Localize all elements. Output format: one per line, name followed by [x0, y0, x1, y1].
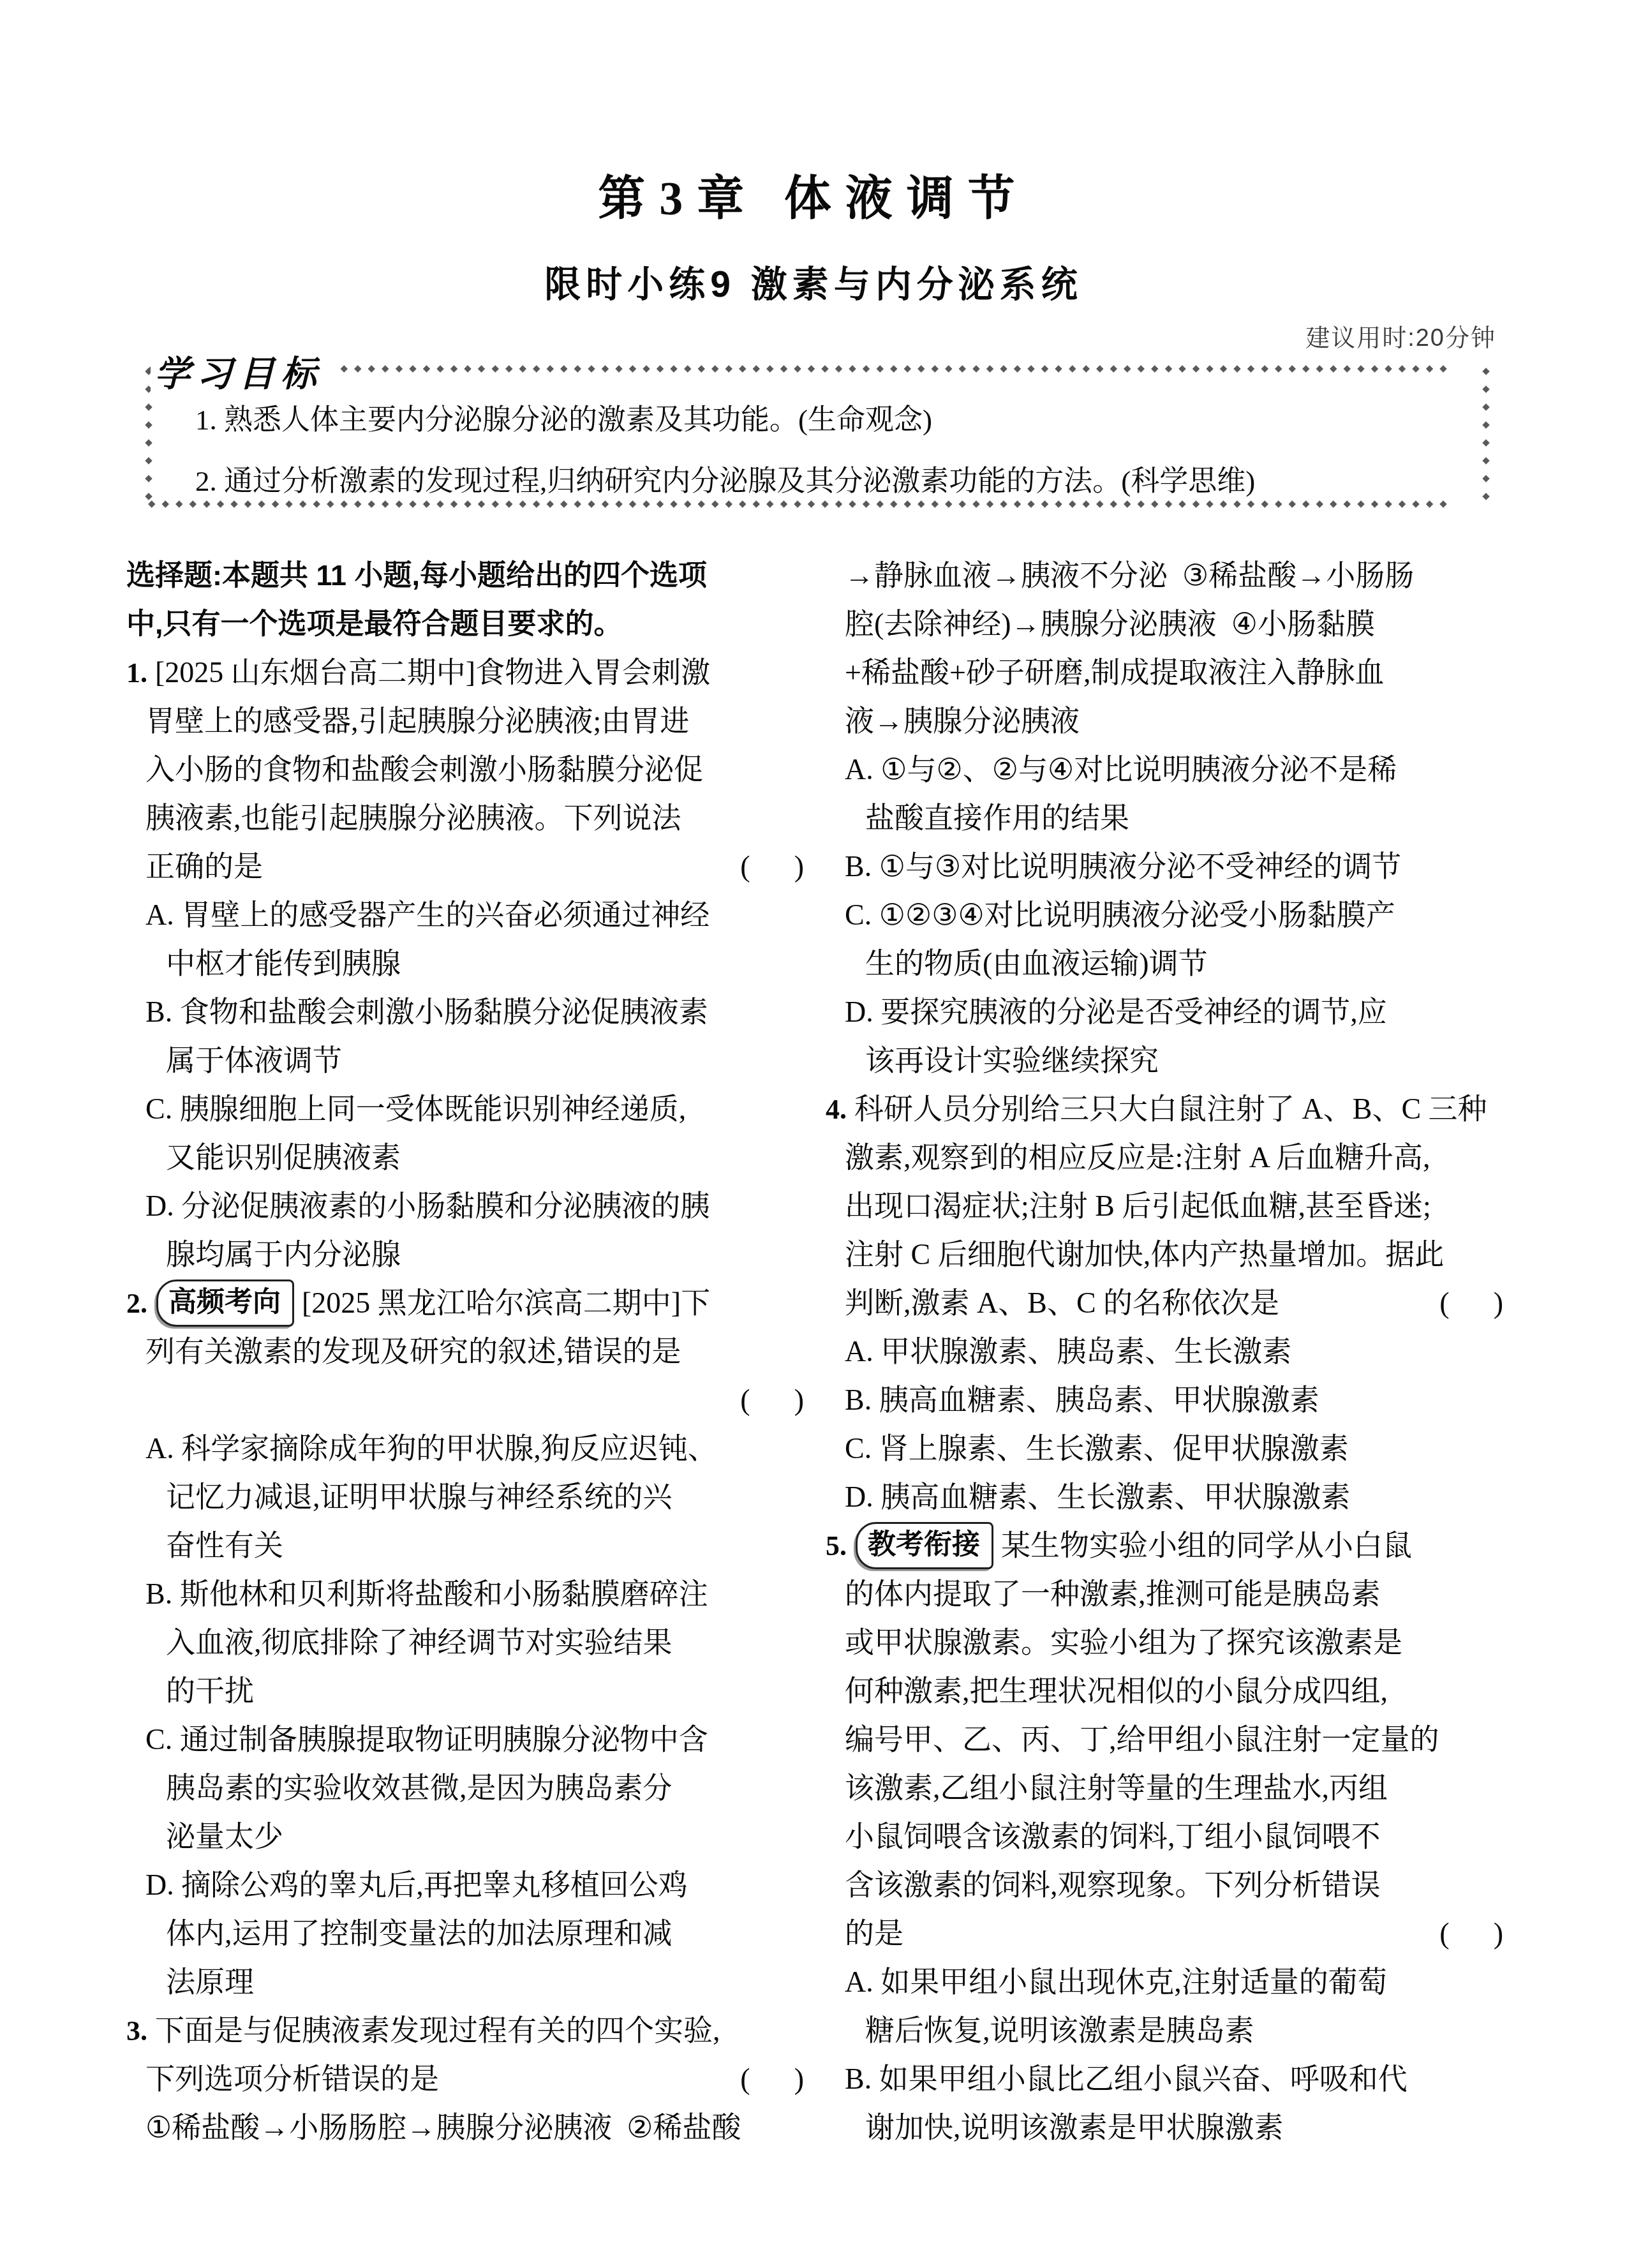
text-line: C. ①②③④对比说明胰液分泌受小肠黏膜产	[826, 891, 1503, 939]
text-line: 4. 科研人员分别给三只大白鼠注射了 A、B、C 三种	[826, 1085, 1503, 1133]
line-text: 或甲状腺激素。实验小组为了探究该激素是	[845, 1618, 1402, 1667]
text-line: ( )	[126, 1376, 804, 1424]
text-line: 激素,观察到的相应反应是:注射 A 后血糖升高,	[826, 1133, 1503, 1182]
text-line: A. ①与②、②与④对比说明胰液分泌不是稀	[826, 745, 1503, 794]
text-line: 记忆力减退,证明甲状腺与神经系统的兴	[126, 1473, 804, 1521]
line-text: D. 要探究胰液的分泌是否受神经的调节,应	[845, 988, 1387, 1036]
line-text: 中,只有一个选项是最符合题目要求的。	[126, 600, 623, 648]
line-text: A. 如果甲组小鼠出现休克,注射适量的葡萄	[845, 1958, 1387, 2006]
line-text: 科研人员分别给三只大白鼠注射了 A、B、C 三种	[854, 1085, 1487, 1133]
text-line: C. 通过制备胰腺提取物证明胰腺分泌物中含	[126, 1715, 804, 1764]
line-text: 法原理	[166, 1958, 254, 2006]
line-text: D. 摘除公鸡的睾丸后,再把睾丸移植回公鸡	[145, 1861, 688, 1909]
text-line: 液→胰腺分泌胰液	[826, 697, 1503, 745]
text-line: C. 胰腺细胞上同一受体既能识别神经递质,	[126, 1085, 804, 1133]
line-text: 的干扰	[166, 1667, 254, 1715]
line-text: B. 如果甲组小鼠比乙组小鼠兴奋、呼吸和代	[845, 2055, 1408, 2103]
diamond-border-right-icon: ◆◆◆◆◆◆◆◆◆◆◆◆◆◆	[1479, 365, 1492, 508]
right-column: →静脉血液→胰液不分泌 ③稀盐酸→小肠肠 腔(去除神经)→胰腺分泌胰液 ④小肠黏…	[826, 551, 1503, 2152]
line-text: A. 科学家摘除成年狗的甲状腺,狗反应迟钝、	[145, 1424, 717, 1473]
text-line: 3. 下面是与促胰液素发现过程有关的四个实验,	[126, 2006, 804, 2055]
line-text: 糖后恢复,说明该激素是胰岛素	[865, 2006, 1254, 2055]
objectives-box: ◆◆◆◆◆◆◆◆◆◆◆◆◆◆◆◆◆◆◆◆◆◆◆◆◆◆◆◆◆◆◆◆◆◆◆◆◆◆◆◆…	[148, 369, 1485, 504]
line-text: B. ①与③对比说明胰液分泌不受神经的调节	[845, 842, 1401, 891]
text-line: 生的物质(由血液运输)调节	[826, 939, 1503, 988]
text-line: 入血液,彻底排除了神经调节对实验结果	[126, 1618, 804, 1667]
text-line: 注射 C 后细胞代谢加快,体内产热量增加。据此	[826, 1230, 1503, 1279]
text-line: D. 要探究胰液的分泌是否受神经的调节,应	[826, 988, 1503, 1036]
line-text: 的体内提取了一种激素,推测可能是胰岛素	[845, 1570, 1381, 1618]
line-text: 又能识别促胰液素	[166, 1133, 401, 1182]
question-number: 2.	[126, 1279, 155, 1328]
text-line: 体内,运用了控制变量法的加法原理和减	[126, 1909, 804, 1958]
line-text: 该激素,乙组小鼠注射等量的生理盐水,丙组	[845, 1764, 1388, 1812]
objectives-list: 1. 熟悉人体主要内分泌腺分泌的激素及其功能。(生命观念) 2. 通过分析激素的…	[195, 389, 1462, 512]
suggested-time-hint: 建议用时:20分钟	[1305, 318, 1496, 353]
line-text: ①稀盐酸→小肠肠腔→胰腺分泌胰液 ②稀盐酸	[145, 2103, 741, 2152]
objective-item: 1. 熟悉人体主要内分泌腺分泌的激素及其功能。(生命观念)	[195, 389, 1462, 451]
question-number: 5.	[826, 1522, 854, 1570]
text-line: D. 摘除公鸡的睾丸后,再把睾丸移植回公鸡	[126, 1861, 804, 1909]
text-line: 下列选项分析错误的是 ( )	[126, 2055, 804, 2103]
text-line: B. ①与③对比说明胰液分泌不受神经的调节	[826, 842, 1503, 891]
line-text: 记忆力减退,证明甲状腺与神经系统的兴	[166, 1473, 672, 1521]
line-text: 腺均属于内分泌腺	[166, 1230, 401, 1279]
text-line: 小鼠饲喂含该激素的饲料,丁组小鼠饲喂不	[826, 1812, 1503, 1861]
text-line: 盐酸直接作用的结果	[826, 794, 1503, 842]
text-line: 何种激素,把生理状况相似的小鼠分成四组,	[826, 1667, 1503, 1715]
line-text: 出现口渴症状;注射 B 后引起低血糖,甚至昏迷;	[845, 1182, 1431, 1230]
line-text: 注射 C 后细胞代谢加快,体内产热量增加。据此	[845, 1230, 1444, 1279]
text-line: 腔(去除神经)→胰腺分泌胰液 ④小肠黏膜	[826, 600, 1503, 648]
line-text: C. 肾上腺素、生长激素、促甲状腺激素	[845, 1424, 1349, 1473]
tag-badge: 高频考向	[156, 1279, 294, 1326]
text-line: +稀盐酸+砂子研磨,制成提取液注入静脉血	[826, 648, 1503, 697]
line-text: 列有关激素的发现及研究的叙述,错误的是	[145, 1327, 681, 1376]
diamond-border-top-icon: ◆◆◆◆◆◆◆◆◆◆◆◆◆◆◆◆◆◆◆◆◆◆◆◆◆◆◆◆◆◆◆◆◆◆◆◆◆◆◆◆…	[148, 362, 1485, 375]
line-text: 胰液素,也能引起胰腺分泌胰液。下列说法	[145, 794, 681, 842]
line-text: 何种激素,把生理状况相似的小鼠分成四组,	[845, 1667, 1388, 1715]
line-text: C. 通过制备胰腺提取物证明胰腺分泌物中含	[145, 1715, 708, 1764]
chapter-title: 第3章 体液调节	[0, 161, 1627, 228]
line-text: [2025 山东烟台高二期中]食物进入胃会刺激	[155, 648, 710, 697]
text-line: 5. 教考衔接 某生物实验小组的同学从小白鼠	[826, 1521, 1503, 1570]
text-line: 正确的是 ( )	[126, 842, 804, 891]
text-line: 中枢才能传到胰腺	[126, 939, 804, 988]
text-line: B. 胰高血糖素、胰岛素、甲状腺激素	[826, 1376, 1503, 1424]
line-text: 下列选项分析错误的是	[145, 2055, 439, 2103]
text-line: 的干扰	[126, 1667, 804, 1715]
line-text: C. ①②③④对比说明胰液分泌受小肠黏膜产	[845, 891, 1395, 939]
text-line: B. 斯他林和贝利斯将盐酸和小肠黏膜磨碎注	[126, 1570, 804, 1618]
text-line: 腺均属于内分泌腺	[126, 1230, 804, 1279]
line-text: →静脉血液→胰液不分泌 ③稀盐酸→小肠肠	[845, 551, 1414, 600]
line-text: 选择题:本题共 11 小题,每小题给出的四个选项	[126, 551, 707, 600]
text-line: 的体内提取了一种激素,推测可能是胰岛素	[826, 1570, 1503, 1618]
text-line: 1. [2025 山东烟台高二期中]食物进入胃会刺激	[126, 648, 804, 697]
text-line: 编号甲、乙、丙、丁,给甲组小鼠注射一定量的	[826, 1715, 1503, 1764]
line-text: 中枢才能传到胰腺	[166, 939, 401, 988]
text-line: 中,只有一个选项是最符合题目要求的。	[126, 600, 804, 648]
text-line: 法原理	[126, 1958, 804, 2006]
line-text: 生的物质(由血液运输)调节	[865, 939, 1208, 988]
tag-badge: 教考衔接	[856, 1522, 993, 1569]
line-text: 某生物实验小组的同学从小白鼠	[1001, 1521, 1412, 1570]
line-text: 该再设计实验继续探究	[865, 1036, 1159, 1085]
text-line: ①稀盐酸→小肠肠腔→胰腺分泌胰液 ②稀盐酸	[126, 2103, 804, 2152]
text-line: D. 分泌促胰液素的小肠黏膜和分泌胰液的胰	[126, 1182, 804, 1230]
answer-blank: ( )	[740, 1376, 804, 1424]
text-line: B. 如果甲组小鼠比乙组小鼠兴奋、呼吸和代	[826, 2055, 1503, 2103]
text-line: 选择题:本题共 11 小题,每小题给出的四个选项	[126, 551, 804, 600]
question-number: 4.	[826, 1086, 854, 1134]
text-line: 该激素,乙组小鼠注射等量的生理盐水,丙组	[826, 1764, 1503, 1812]
line-text: 编号甲、乙、丙、丁,给甲组小鼠注射一定量的	[845, 1715, 1439, 1764]
text-line: 出现口渴症状;注射 B 后引起低血糖,甚至昏迷;	[826, 1182, 1503, 1230]
line-text: B. 斯他林和贝利斯将盐酸和小肠黏膜磨碎注	[145, 1570, 708, 1618]
text-line: B. 食物和盐酸会刺激小肠黏膜分泌促胰液素	[126, 988, 804, 1036]
text-line: 胰液素,也能引起胰腺分泌胰液。下列说法	[126, 794, 804, 842]
line-text: 小鼠饲喂含该激素的饲料,丁组小鼠饲喂不	[845, 1812, 1381, 1861]
line-text: 腔(去除神经)→胰腺分泌胰液 ④小肠黏膜	[845, 600, 1375, 648]
line-text: 入小肠的食物和盐酸会刺激小肠黏膜分泌促	[145, 745, 703, 794]
text-line: 胰岛素的实验收效甚微,是因为胰岛素分	[126, 1764, 804, 1812]
text-line: 奋性有关	[126, 1521, 804, 1570]
text-line: 糖后恢复,说明该激素是胰岛素	[826, 2006, 1503, 2055]
line-text: 泌量太少	[166, 1812, 283, 1861]
line-text: B. 食物和盐酸会刺激小肠黏膜分泌促胰液素	[145, 988, 708, 1036]
line-text: 入血液,彻底排除了神经调节对实验结果	[166, 1618, 672, 1667]
text-line: 的是 ( )	[826, 1909, 1503, 1958]
line-text: 谢加快,说明该激素是甲状腺激素	[865, 2103, 1284, 2152]
line-text: 奋性有关	[166, 1521, 283, 1570]
text-line: A. 甲状腺激素、胰岛素、生长激素	[826, 1327, 1503, 1376]
text-line: A. 科学家摘除成年狗的甲状腺,狗反应迟钝、	[126, 1424, 804, 1473]
line-text: +稀盐酸+砂子研磨,制成提取液注入静脉血	[845, 648, 1384, 697]
line-text: 正确的是	[145, 842, 263, 891]
text-line: 或甲状腺激素。实验小组为了探究该激素是	[826, 1618, 1503, 1667]
line-text: 属于体液调节	[166, 1036, 342, 1085]
line-text: 激素,观察到的相应反应是:注射 A 后血糖升高,	[845, 1133, 1430, 1182]
text-line: 属于体液调节	[126, 1036, 804, 1085]
line-text: B. 胰高血糖素、胰岛素、甲状腺激素	[845, 1376, 1319, 1424]
text-line: 谢加快,说明该激素是甲状腺激素	[826, 2103, 1503, 2152]
line-text: 含该激素的饲料,观察现象。下列分析错误	[845, 1861, 1381, 1909]
text-line: 泌量太少	[126, 1812, 804, 1861]
answer-blank: ( )	[1439, 1279, 1503, 1327]
question-number: 3.	[126, 2007, 155, 2055]
question-number: 1.	[126, 649, 155, 698]
objectives-label: 学习目标	[151, 346, 338, 397]
line-text: D. 分泌促胰液素的小肠黏膜和分泌胰液的胰	[145, 1182, 709, 1230]
line-text: 胰岛素的实验收效甚微,是因为胰岛素分	[166, 1764, 672, 1812]
line-text: D. 胰高血糖素、生长激素、甲状腺激素	[845, 1473, 1350, 1521]
left-column: 选择题:本题共 11 小题,每小题给出的四个选项 中,只有一个选项是最符合题目要…	[126, 551, 804, 2152]
text-line: C. 肾上腺素、生长激素、促甲状腺激素	[826, 1424, 1503, 1473]
text-line: →静脉血液→胰液不分泌 ③稀盐酸→小肠肠	[826, 551, 1503, 600]
text-line: 2. 高频考向 [2025 黑龙江哈尔滨高二期中]下	[126, 1279, 804, 1327]
text-line: D. 胰高血糖素、生长激素、甲状腺激素	[826, 1473, 1503, 1521]
answer-blank: ( )	[740, 842, 804, 891]
text-line: A. 胃壁上的感受器产生的兴奋必须通过神经	[126, 891, 804, 939]
answer-blank: ( )	[740, 2055, 804, 2103]
line-text: 胃壁上的感受器,引起胰腺分泌胰液;由胃进	[145, 697, 689, 745]
line-text: A. 甲状腺激素、胰岛素、生长激素	[845, 1327, 1291, 1376]
text-line: 含该激素的饲料,观察现象。下列分析错误	[826, 1861, 1503, 1909]
text-line: 列有关激素的发现及研究的叙述,错误的是	[126, 1327, 804, 1376]
text-line: 该再设计实验继续探究	[826, 1036, 1503, 1085]
line-text: [2025 黑龙江哈尔滨高二期中]下	[302, 1279, 710, 1327]
text-line: 又能识别促胰液素	[126, 1133, 804, 1182]
text-line: 判断,激素 A、B、C 的名称依次是 ( )	[826, 1279, 1503, 1327]
line-text: 体内,运用了控制变量法的加法原理和减	[166, 1909, 672, 1958]
line-text: A. ①与②、②与④对比说明胰液分泌不是稀	[845, 745, 1397, 794]
text-line: A. 如果甲组小鼠出现休克,注射适量的葡萄	[826, 1958, 1503, 2006]
line-text: A. 胃壁上的感受器产生的兴奋必须通过神经	[145, 891, 709, 939]
line-text: 下面是与促胰液素发现过程有关的四个实验,	[155, 2006, 720, 2055]
text-line: 胃壁上的感受器,引起胰腺分泌胰液;由胃进	[126, 697, 804, 745]
objective-item: 2. 通过分析激素的发现过程,归纳研究内分泌腺及其分泌激素功能的方法。(科学思维…	[195, 451, 1462, 512]
line-text: 的是	[845, 1909, 903, 1958]
worksheet-page: { "header": { "chapter_title": "第3章 体液调节…	[0, 0, 1627, 2268]
line-text: 液→胰腺分泌胰液	[845, 697, 1080, 745]
text-line: 入小肠的食物和盐酸会刺激小肠黏膜分泌促	[126, 745, 804, 794]
line-text: 盐酸直接作用的结果	[865, 794, 1129, 842]
line-text: C. 胰腺细胞上同一受体既能识别神经递质,	[145, 1085, 686, 1133]
section-title: 限时小练9 激素与内分泌系统	[0, 255, 1627, 308]
line-text: 判断,激素 A、B、C 的名称依次是	[845, 1279, 1279, 1327]
answer-blank: ( )	[1439, 1909, 1503, 1958]
